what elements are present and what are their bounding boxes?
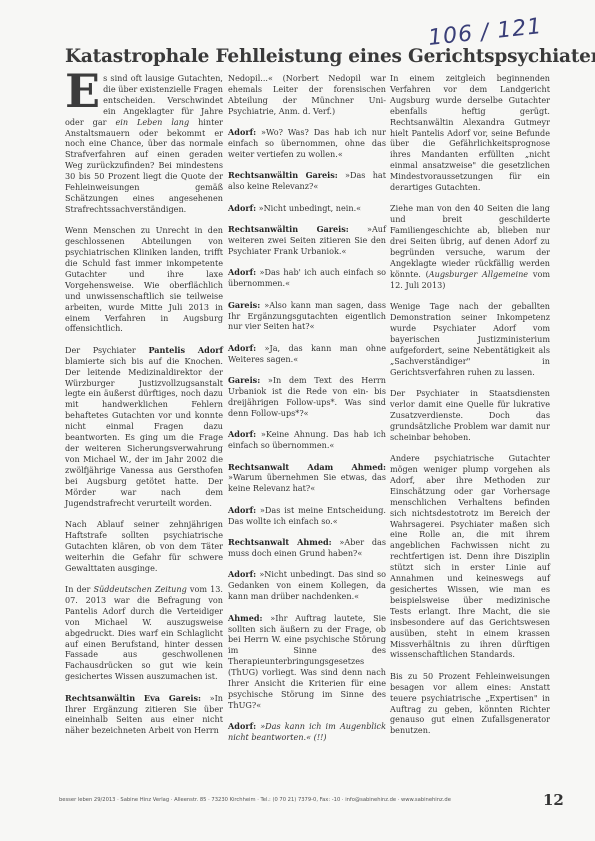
paragraph: Wenn Menschen zu Unrecht in den geschlos… bbox=[65, 225, 223, 334]
paragraph: Wenige Tage nach der geballten Demonstra… bbox=[390, 301, 550, 377]
paragraph: Nach Ablauf seiner zehnjährigen Haftstra… bbox=[65, 519, 223, 574]
paragraph: In einem zeitgleich beginnenden Verfahre… bbox=[390, 73, 550, 193]
intro-paragraph: Es sind oft lausige Gutachten, die über … bbox=[65, 73, 223, 215]
paragraph: Nedopil...« (Norbert Nedopil war ehemals… bbox=[228, 73, 386, 117]
paragraph: Der Psychiater in Staatsdiensten verlor … bbox=[390, 388, 550, 443]
column-1: Es sind oft lausige Gutachten, die über … bbox=[65, 73, 223, 747]
drop-cap: E bbox=[65, 73, 100, 109]
article-title: Katastrophale Fehlleistung eines Gericht… bbox=[65, 46, 575, 67]
paragraph: Der Psychiater Pantelis Adorf blamierte … bbox=[65, 345, 223, 509]
dialogue-line: Adorf: »Nicht unbedingt, nein.« bbox=[228, 203, 386, 214]
dialogue-line: Gareis: »In dem Text des Herrn Urbaniok … bbox=[228, 375, 386, 419]
dialogue-line: Adorf: »Keine Ahnung. Das hab ich einfac… bbox=[228, 429, 386, 451]
dialogue-line: Rechtsanwältin Eva Gareis: »In Ihrer Erg… bbox=[65, 693, 223, 737]
dialogue-line: Adorf: »Das hab' ich auch einfach so übe… bbox=[228, 267, 386, 289]
dialogue-line: Adorf: »Das kann ich im Augenblick nicht… bbox=[228, 721, 386, 743]
paragraph: Andere psychiatrische Gutachter mögen we… bbox=[390, 453, 550, 660]
page-number: 12 bbox=[543, 791, 564, 809]
dialogue-line: Adorf: »Wo? Was? Das hab ich nur einfach… bbox=[228, 127, 386, 160]
page-footer: besser leben 29/2013 · Sabine Hinz Verla… bbox=[59, 797, 519, 803]
paragraph: In der Süddeutschen Zeitung vom 13. 07. … bbox=[65, 584, 223, 682]
paragraph: Ziehe man von den 40 Seiten die lang und… bbox=[390, 203, 550, 290]
dialogue-line: Rechtsanwalt Ahmed: »Aber das muss doch … bbox=[228, 537, 386, 559]
paragraph: Bis zu 50 Prozent Fehleinweisungen besag… bbox=[390, 671, 550, 736]
dialogue-line: Adorf: »Ja, das kann man ohne Weiteres s… bbox=[228, 343, 386, 365]
column-2: Nedopil...« (Norbert Nedopil war ehemals… bbox=[228, 73, 386, 754]
dialogue-line: Rechtsanwältin Gareis: »Auf weiteren zwe… bbox=[228, 224, 386, 257]
column-3: In einem zeitgleich beginnenden Verfahre… bbox=[390, 73, 550, 747]
dialogue-line: Rechtsanwältin Gareis: »Das hat also kei… bbox=[228, 170, 386, 192]
dialogue-line: Ahmed: »Ihr Auftrag lautete, Sie sollten… bbox=[228, 613, 386, 711]
dialogue-line: Adorf: »Nicht unbedingt. Das sind so Ged… bbox=[228, 569, 386, 602]
dialogue-line: Adorf: »Das ist meine Entscheidung. Das … bbox=[228, 505, 386, 527]
dialogue-line: Rechtsanwalt Adam Ahmed: »Warum übernehm… bbox=[228, 462, 386, 495]
dialogue-line: Gareis: »Also kann man sagen, dass Ihr E… bbox=[228, 300, 386, 333]
